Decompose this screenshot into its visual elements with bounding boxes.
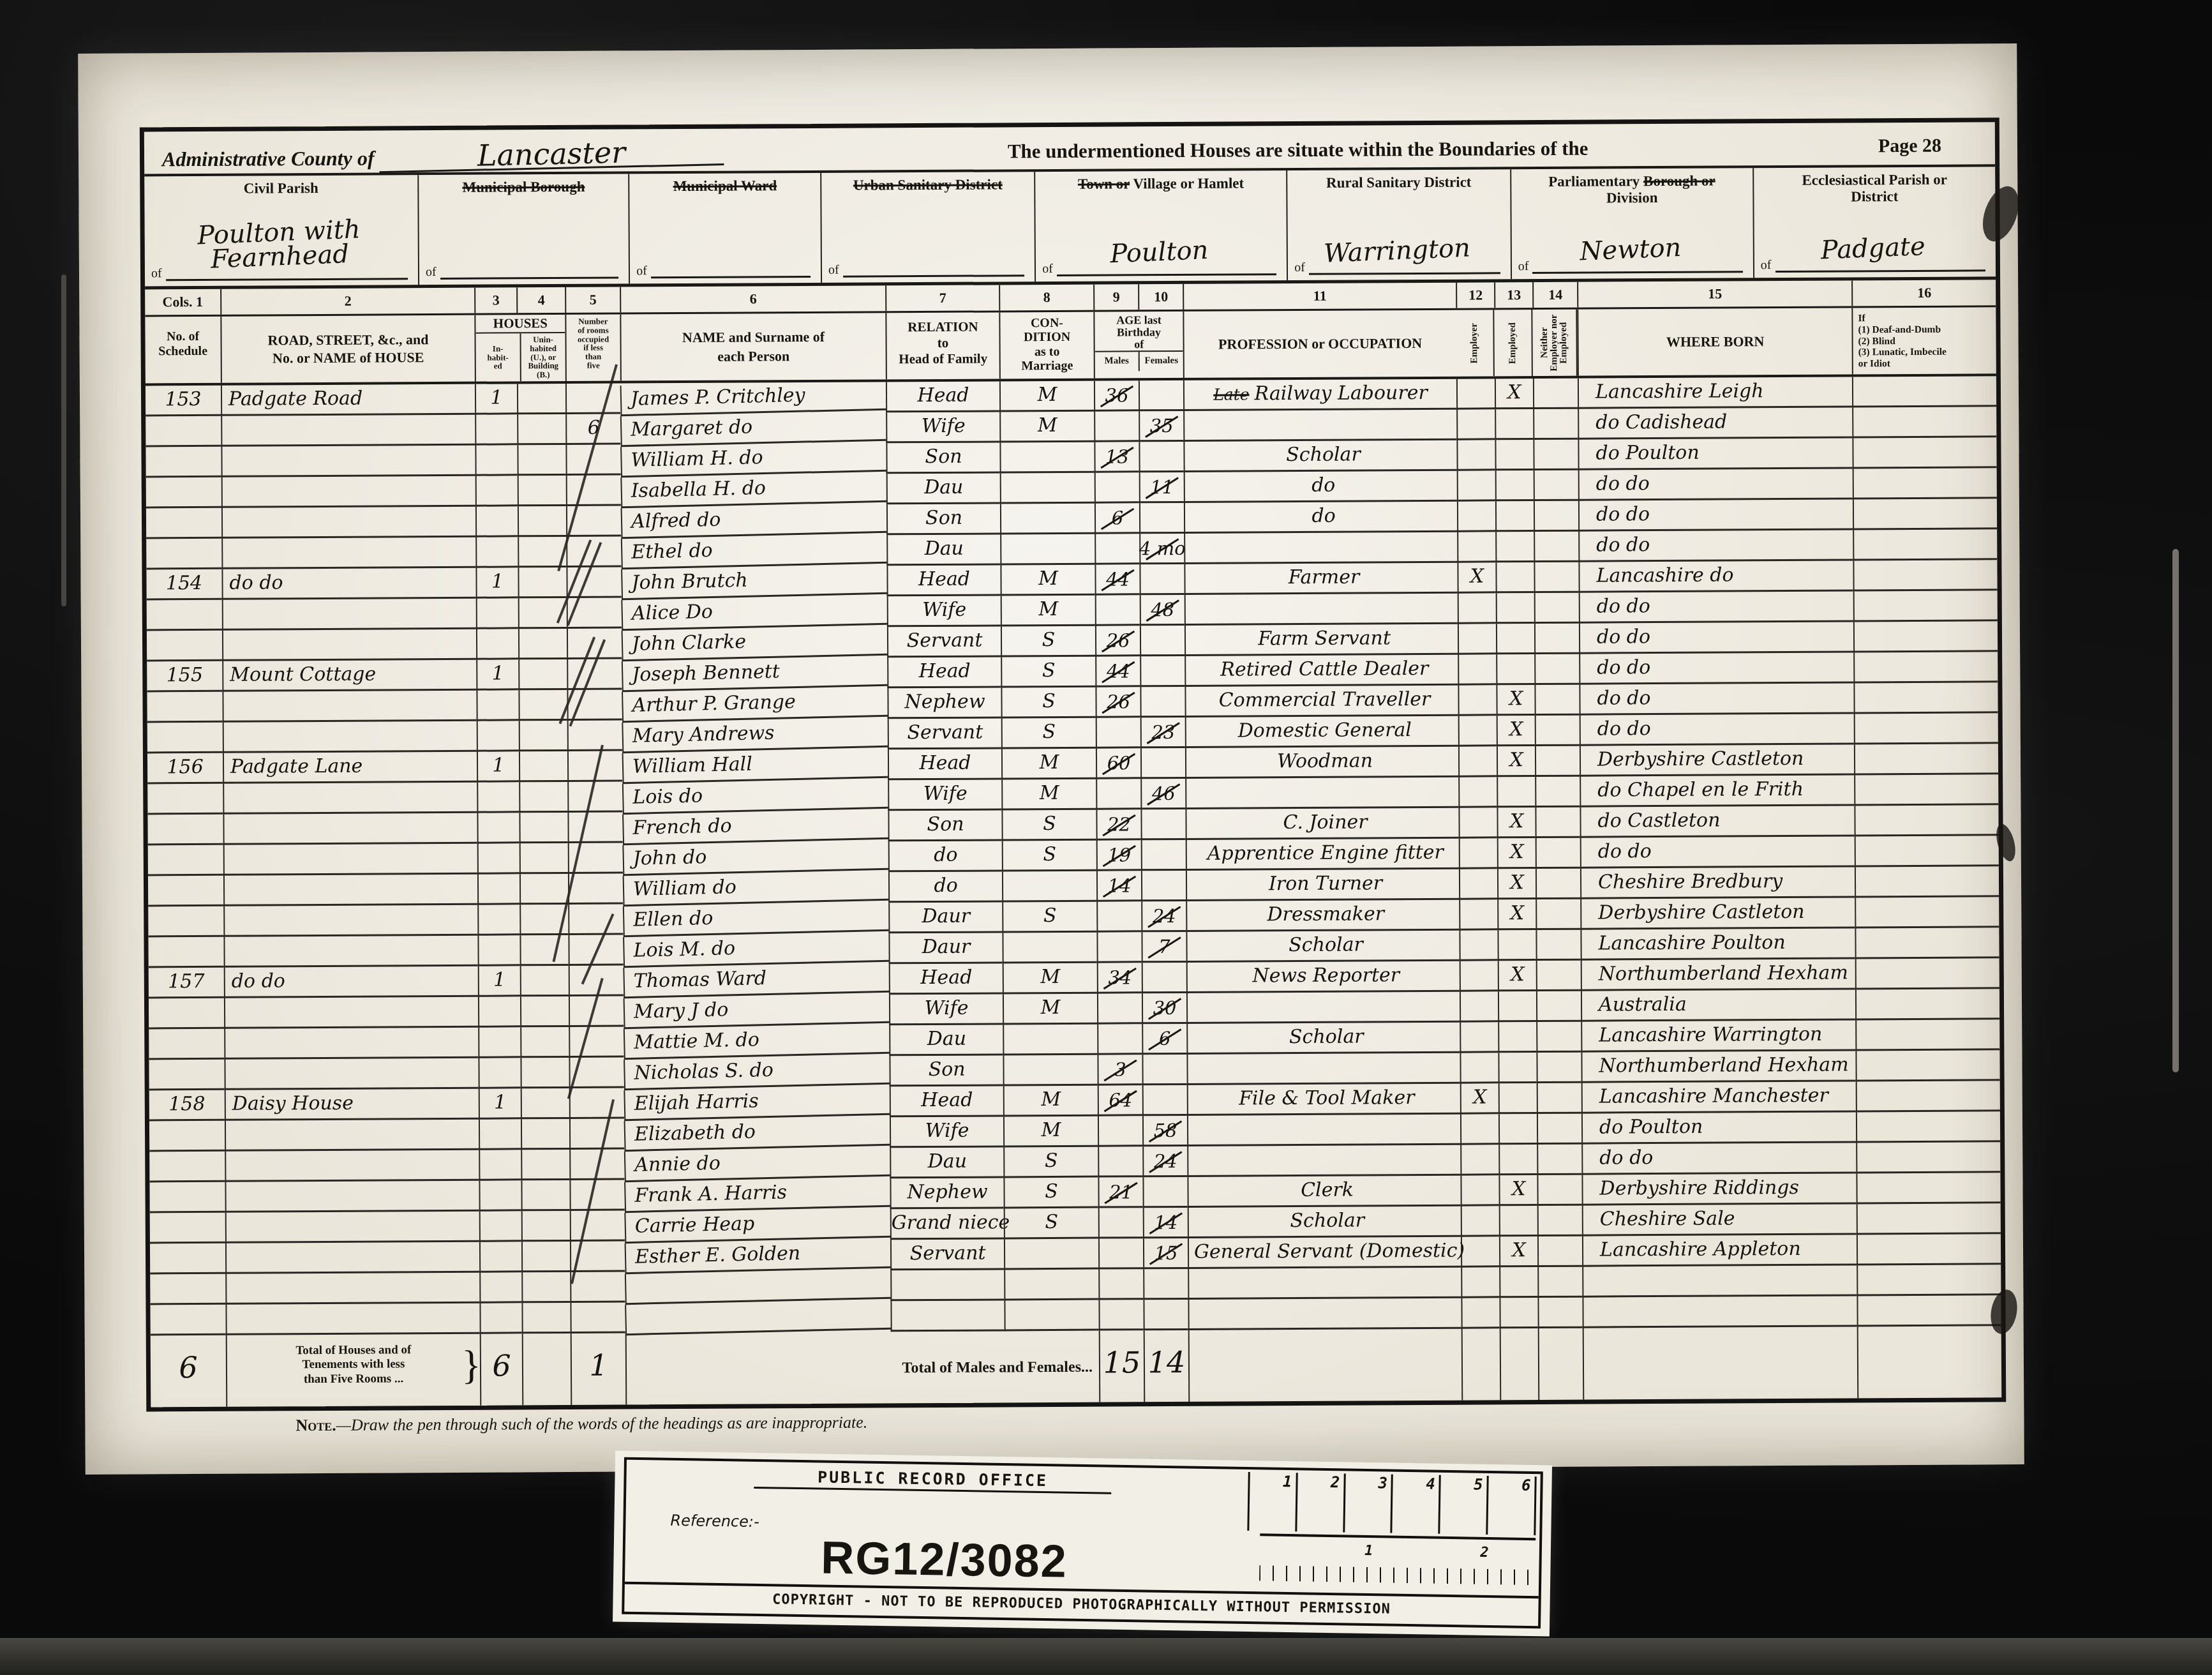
infirmity-value	[1856, 1081, 2000, 1112]
age-female-value: 35	[1139, 411, 1183, 442]
relation-value: Nephew	[887, 687, 1001, 719]
ruler-cm-number: 1	[1364, 1543, 1373, 1559]
employer-mark	[1460, 991, 1498, 1022]
age-male-value: 3	[1097, 1055, 1142, 1085]
relation-value: do	[888, 871, 1002, 903]
age-male-value	[1095, 534, 1139, 564]
district-label: Municipal Borough	[419, 174, 629, 195]
age-female-value	[1140, 687, 1184, 717]
relation-value: Daur	[888, 933, 1002, 964]
road-name	[221, 446, 475, 477]
rooms-value	[570, 1303, 625, 1333]
age-male-value: 36	[1094, 380, 1139, 411]
district-label: Municipal Ward	[630, 173, 821, 195]
col-num: 16	[1851, 280, 1996, 306]
totals-schedule: 6	[151, 1335, 227, 1408]
occupation-value: do	[1184, 502, 1457, 534]
district-cell: Urban Sanitary District of	[820, 172, 1035, 283]
where-born-value	[1582, 1265, 1857, 1297]
employed-mark	[1495, 501, 1534, 532]
age-female-value: 23	[1140, 717, 1185, 748]
age-male-value: 26	[1095, 687, 1140, 717]
neither-mark	[1534, 532, 1578, 562]
houses-uninhabited-value	[519, 905, 568, 935]
blank-rule	[1309, 271, 1500, 275]
neither-mark	[1536, 838, 1580, 869]
employer-mark	[1459, 869, 1497, 899]
age-female-value: 46	[1140, 779, 1185, 809]
rooms-value	[567, 751, 622, 782]
relation-value	[890, 1300, 1004, 1332]
age-male-value	[1098, 1116, 1142, 1146]
houses-uninhabited-value	[521, 1119, 569, 1150]
where-born-value: Lancashire Poulton	[1580, 928, 1855, 960]
header-houses: HOUSES	[475, 315, 565, 334]
houses-uninhabited-value	[518, 567, 566, 598]
condition-value	[1002, 933, 1096, 964]
employer-mark	[1460, 961, 1498, 991]
schedule-number	[148, 906, 223, 938]
rooms-value	[567, 659, 622, 690]
employer-mark: X	[1460, 1083, 1498, 1114]
where-born-value: Derbyshire Riddings	[1581, 1173, 1856, 1205]
col-num: 8	[999, 285, 1093, 311]
condition-value: S	[1001, 626, 1095, 657]
infirmity-value	[1856, 1173, 2000, 1204]
totals-infirmity	[1857, 1326, 2002, 1398]
age-female-value: 11	[1139, 472, 1184, 503]
age-female-value	[1141, 840, 1186, 871]
road-name	[224, 1028, 478, 1060]
age-female-value	[1142, 1177, 1187, 1208]
road-name	[225, 1150, 479, 1182]
employer-mark	[1460, 1022, 1498, 1053]
schedule-number	[146, 508, 221, 539]
occupation-value: Woodman	[1185, 747, 1458, 779]
of-label: of	[636, 264, 647, 278]
houses-inhabited-value	[475, 476, 518, 506]
houses-inhabited-value	[475, 445, 517, 476]
schedule-number	[146, 477, 221, 509]
houses-inhabited-value: 1	[475, 567, 518, 598]
employer-mark	[1459, 899, 1497, 930]
condition-value: S	[1001, 718, 1096, 749]
stamp-office-title: PUBLIC RECORD OFFICE	[754, 1467, 1111, 1494]
age-male-value: 26	[1095, 626, 1140, 656]
neither-mark	[1536, 869, 1580, 899]
employed-mark	[1495, 470, 1534, 501]
ruler-inch-cell: 6	[1488, 1476, 1536, 1535]
col-num: 9	[1093, 284, 1138, 310]
houses-inhabited-value	[479, 1303, 521, 1333]
condition-value: M	[999, 381, 1094, 412]
relation-value: Dau	[886, 534, 1000, 566]
header-employed: Employed	[1494, 310, 1533, 376]
district-cell: Municipal Ward of	[629, 173, 821, 284]
age-female-value: 24	[1141, 901, 1186, 932]
totals-c12	[1461, 1328, 1500, 1400]
relation-value: Dau	[886, 473, 1000, 504]
employed-mark	[1497, 930, 1536, 961]
district-label-text: Ecclesiastical Parish or	[1802, 172, 1947, 188]
road-name	[223, 783, 477, 815]
neither-mark	[1534, 470, 1578, 501]
houses-inhabited-value	[477, 843, 519, 874]
neither-mark	[1535, 746, 1580, 777]
road-name	[225, 1242, 479, 1274]
houses-inhabited-value	[475, 506, 518, 537]
age-male-value: 44	[1095, 564, 1139, 595]
road-name: Padgate Road	[221, 384, 475, 416]
employed-mark	[1499, 1298, 1537, 1328]
condition-value	[1003, 1025, 1097, 1056]
rooms-value	[569, 1027, 624, 1058]
relation-value: Son	[889, 1055, 1003, 1086]
blank-rule	[1775, 268, 1985, 273]
schedule-number	[149, 1182, 225, 1213]
condition-value	[1003, 1055, 1097, 1086]
houses-inhabited-value: 1	[478, 966, 520, 996]
houses-uninhabited-value	[520, 1027, 569, 1058]
condition-value: M	[1003, 994, 1097, 1025]
rooms-value	[569, 1088, 624, 1119]
occupation-value	[1188, 1268, 1461, 1300]
employer-mark	[1459, 930, 1497, 961]
ruler-inch-cell: 1	[1249, 1472, 1297, 1531]
ruler-ticks	[1259, 1565, 1535, 1585]
where-born-value: do do	[1581, 1143, 1856, 1175]
houses-inhabited-value	[478, 996, 520, 1027]
age-male-value	[1097, 993, 1142, 1024]
condition-value: M	[1001, 596, 1095, 627]
age-female-value: 30	[1142, 993, 1186, 1024]
neither-mark	[1535, 807, 1580, 838]
rooms-value	[570, 1242, 625, 1272]
rooms-value	[567, 782, 622, 813]
road-name	[221, 476, 475, 508]
age-female-value	[1140, 656, 1184, 687]
occupation-value: Retired Cattle Dealer	[1184, 655, 1458, 687]
road-name: do do	[221, 568, 475, 600]
where-born-value: Lancashire Manchester	[1581, 1081, 1856, 1113]
relation-value: Son	[886, 504, 1000, 535]
schedule-number	[150, 1274, 225, 1305]
neither-mark	[1537, 1236, 1582, 1267]
district-of-line: of	[426, 264, 619, 280]
relation-value: Head	[886, 565, 1000, 596]
occupation-value	[1187, 1145, 1460, 1177]
district-label-line2	[630, 194, 821, 195]
rooms-value	[570, 1211, 625, 1242]
occupation-text: Commercial Traveller	[1219, 688, 1431, 712]
age-male-value	[1098, 1238, 1143, 1269]
age-female-value	[1140, 809, 1185, 840]
employed-mark	[1498, 1114, 1537, 1145]
age-male-value: 34	[1097, 963, 1142, 993]
neither-mark	[1534, 654, 1579, 685]
age-female-value	[1142, 1055, 1186, 1085]
header-males: Males	[1095, 352, 1139, 371]
header-neither: Neither Employer nor Employed	[1532, 310, 1578, 376]
houses-uninhabited-value	[519, 782, 567, 813]
header-age: AGE last Birthday of	[1095, 312, 1183, 350]
employed-mark	[1498, 1145, 1537, 1175]
header-infirmity: If (1) Deaf-and-Dumb (2) Blind (3) Lunat…	[1851, 307, 1996, 374]
of-label: of	[1518, 259, 1529, 274]
relation-value: Servant	[888, 718, 1001, 749]
district-of-line: of	[1042, 260, 1276, 276]
district-label-struck: Town or	[1078, 176, 1130, 192]
rooms-value	[570, 1272, 625, 1303]
employer-mark	[1460, 1114, 1498, 1145]
road-name: Padgate Lane	[223, 752, 477, 784]
condition-value	[1002, 871, 1096, 903]
road-name	[224, 1058, 478, 1090]
age-female-value	[1139, 442, 1183, 472]
employed-mark: X	[1495, 379, 1533, 409]
road-name	[225, 1273, 479, 1305]
neither-mark	[1537, 1175, 1581, 1206]
header-name: NAME and Surname of each Person	[620, 313, 886, 380]
where-born-value: Northumberland Hexham	[1581, 1051, 1855, 1083]
houses-uninhabited-value	[518, 690, 567, 721]
census-form: Administrative County of Lancaster The u…	[140, 117, 2006, 1411]
houses-inhabited-value	[479, 1119, 521, 1150]
scan-streak	[61, 274, 66, 606]
infirmity-value	[1853, 652, 1998, 683]
condition-value: M	[1003, 1086, 1098, 1117]
employed-mark: X	[1497, 838, 1536, 869]
neither-mark	[1536, 899, 1580, 930]
of-label: of	[1294, 260, 1305, 275]
where-born-value: do Cadishead	[1578, 407, 1852, 439]
occupation-value: Scholar	[1188, 1206, 1461, 1238]
employer-mark	[1458, 593, 1496, 624]
employed-mark	[1495, 562, 1534, 593]
schedule-number	[149, 1121, 225, 1152]
infirmity-value	[1853, 682, 1998, 714]
age-male-value	[1095, 472, 1139, 503]
ruler-inch-cell: 3	[1345, 1473, 1393, 1533]
condition-value: M	[1003, 963, 1097, 995]
table-body: 153 Padgate Road 1 James P. Critchley He…	[146, 376, 2001, 1335]
schedule-number	[146, 447, 221, 478]
neither-mark	[1537, 1206, 1582, 1236]
col-num: 12	[1456, 282, 1494, 308]
col-num: 15	[1577, 280, 1851, 307]
relation-value: Head	[890, 1086, 1003, 1117]
occupation-text: Railway Labourer	[1254, 382, 1427, 405]
neither-mark	[1534, 624, 1579, 654]
neither-mark	[1536, 1022, 1581, 1053]
rooms-value	[569, 1150, 624, 1180]
schedule-number	[147, 723, 223, 754]
totals-houses-label-text: Total of Houses and of Tenements with le…	[227, 1334, 480, 1387]
employed-mark	[1496, 624, 1534, 654]
occupation-text: Woodman	[1277, 749, 1373, 772]
rooms-value	[566, 567, 621, 598]
neither-mark	[1536, 1053, 1581, 1083]
neither-mark	[1536, 961, 1581, 991]
occupation-value	[1185, 777, 1458, 809]
col-num: 10	[1138, 284, 1183, 310]
age-female-value	[1142, 1085, 1187, 1116]
infirmity-value	[1853, 499, 1997, 530]
where-born-value: do do	[1578, 530, 1853, 562]
infirmity-value	[1857, 1203, 2001, 1235]
census-scan-page: Administrative County of Lancaster The u…	[0, 0, 2212, 1675]
employed-mark	[1498, 1022, 1536, 1053]
rooms-value	[567, 598, 622, 629]
relation-value: Wife	[889, 994, 1003, 1025]
col-num: 7	[885, 285, 999, 311]
schedule-number: 153	[146, 386, 221, 417]
district-cell: Municipal Borough of	[417, 174, 629, 285]
neither-mark	[1533, 409, 1578, 440]
schedule-number	[150, 1243, 225, 1275]
blank-rule	[843, 273, 1025, 277]
page-number: Page 28	[1853, 135, 1986, 162]
occupation-text: Scholar	[1289, 1025, 1364, 1048]
age-male-value: 19	[1096, 840, 1141, 871]
employer-mark	[1456, 440, 1495, 470]
of-label: of	[151, 266, 162, 281]
houses-uninhabited-value	[518, 659, 567, 690]
rooms-value	[568, 843, 623, 874]
employed-mark: X	[1497, 899, 1536, 930]
occupation-text: Apprentice Engine fitter	[1207, 841, 1444, 865]
where-born-value: do Poulton	[1581, 1112, 1856, 1144]
where-born-value: do do	[1578, 499, 1853, 531]
district-cell: Town or Village or Hamlet Poulton of	[1034, 170, 1287, 282]
infirmity-value	[1854, 774, 1998, 806]
occupation-value: LateRailway Labourer	[1183, 379, 1456, 411]
neither-mark	[1534, 593, 1579, 624]
houses-uninhabited-value	[521, 1242, 570, 1272]
header-houses-group: HOUSES In- habit- ed Unin- habited (U.),…	[474, 315, 565, 382]
ruler-cm-number: 2	[1480, 1545, 1489, 1561]
houses-uninhabited-value	[520, 996, 569, 1027]
employed-mark	[1496, 593, 1534, 624]
district-of-line: of	[828, 262, 1024, 278]
condition-value	[1000, 473, 1095, 504]
houses-uninhabited-value	[519, 721, 567, 751]
employed-mark	[1498, 1083, 1537, 1114]
houses-inhabited-value	[475, 414, 517, 445]
totals-uninhabited	[522, 1333, 571, 1405]
houses-inhabited-value: 1	[477, 751, 519, 782]
col-num: 14	[1532, 282, 1577, 308]
employer-mark	[1457, 470, 1495, 501]
district-of-line: of	[1518, 258, 1743, 274]
condition-value	[1000, 534, 1095, 566]
neither-mark	[1535, 777, 1580, 807]
houses-uninhabited-value	[518, 598, 567, 629]
rooms-value	[566, 537, 621, 567]
district-of-line: of	[636, 263, 811, 278]
district-label-text: Rural Sanitary District	[1326, 174, 1472, 191]
occupation-text: News Reporter	[1252, 964, 1400, 987]
of-label: of	[828, 263, 839, 278]
rooms-value	[569, 966, 624, 996]
rooms-value	[566, 476, 621, 506]
houses-uninhabited-value	[519, 843, 568, 874]
employed-mark	[1497, 777, 1535, 807]
where-born-value: Cheshire Sale	[1582, 1204, 1857, 1236]
age-male-value: 13	[1094, 442, 1139, 472]
rooms-value	[569, 1119, 624, 1150]
rooms-value	[568, 874, 623, 905]
schedule-number	[147, 600, 222, 631]
age-male-value	[1098, 1146, 1142, 1177]
person-name	[625, 1299, 891, 1335]
employer-mark	[1456, 409, 1495, 440]
age-male-value	[1096, 932, 1141, 963]
occupation-text: Domestic General	[1238, 719, 1412, 742]
houses-inhabited-value	[476, 629, 518, 659]
houses-uninhabited-value	[519, 935, 568, 966]
age-female-value	[1139, 503, 1184, 534]
totals-males: 15	[1099, 1330, 1144, 1402]
age-female-value: 15	[1143, 1238, 1188, 1269]
condition-value: S	[1001, 657, 1095, 688]
occupation-text: Retired Cattle Dealer	[1220, 657, 1428, 681]
houses-uninhabited-value	[521, 1303, 570, 1333]
neither-mark	[1537, 1298, 1582, 1328]
district-of-line: of	[151, 265, 408, 281]
age-female-value: 14	[1143, 1208, 1188, 1238]
houses-inhabited-value	[478, 1027, 520, 1058]
schedule-number	[150, 1305, 225, 1336]
age-male-value	[1098, 1300, 1143, 1330]
occupation-value: Farm Servant	[1184, 624, 1458, 656]
schedule-number	[148, 845, 223, 876]
occupation-text: do	[1312, 474, 1335, 497]
age-female-value	[1139, 564, 1184, 595]
employed-mark: X	[1497, 807, 1535, 838]
houses-uninhabited-value	[520, 1058, 569, 1088]
schedule-number	[147, 631, 222, 662]
employed-mark	[1499, 1206, 1537, 1236]
district-label-line2: Division	[1511, 189, 1752, 207]
infirmity-value	[1853, 621, 1998, 652]
employer-mark	[1460, 1175, 1498, 1206]
header-relation: RELATION to Head of Family	[885, 312, 999, 379]
neither-mark	[1535, 716, 1580, 746]
where-born-value: Derbyshire Castleton	[1580, 744, 1854, 776]
schedule-number	[149, 998, 224, 1030]
schedule-number	[150, 1213, 225, 1244]
condition-value	[1004, 1270, 1098, 1301]
employed-mark	[1495, 409, 1533, 440]
rooms-value	[568, 935, 623, 966]
stamp-reference-label: Reference:-	[670, 1512, 759, 1531]
employer-mark	[1457, 532, 1495, 562]
road-name	[223, 813, 477, 845]
age-female-value	[1142, 963, 1186, 993]
relation-value: Dau	[889, 1025, 1003, 1056]
occupation-value	[1184, 532, 1457, 564]
age-male-value: 64	[1098, 1085, 1142, 1116]
road-name	[225, 1212, 479, 1243]
schedule-number	[146, 539, 221, 570]
relation-value: Son	[886, 442, 999, 474]
where-born-value: Lancashire Leigh	[1578, 377, 1852, 409]
rooms-value	[567, 721, 622, 751]
schedule-number	[147, 692, 222, 723]
rooms-value	[565, 445, 620, 476]
employer-mark	[1456, 379, 1495, 409]
